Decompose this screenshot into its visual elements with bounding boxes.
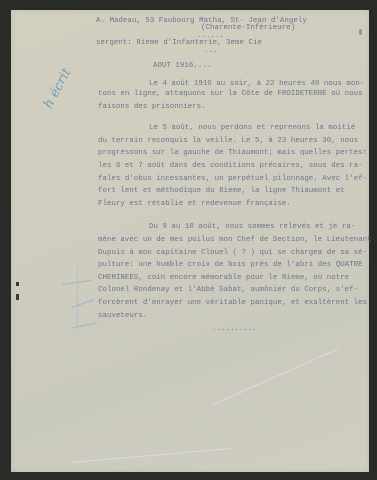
paragraph-line: du terrain reconquis la veille. Le 5, à … xyxy=(98,138,358,145)
paragraph-line: Colonel Rondenay et l'Abbé Sabat, aumôni… xyxy=(98,287,358,294)
paragraph-line: les 6 et 7 août dans des conditions préc… xyxy=(98,163,363,170)
paragraph-line: fales d'obus incessantes, un perpétuel p… xyxy=(98,176,367,183)
paper-crease xyxy=(71,448,230,463)
date-heading: AOUT 1916.... xyxy=(153,63,211,70)
end-separator: .......... xyxy=(212,326,257,333)
paragraph-line: Du 9 au 10 août, nous sommes relevés et … xyxy=(149,224,355,231)
header-rank-line: sergent: 8ieme d'Infanterie, 3eme Cie xyxy=(96,40,262,47)
paragraph-line: Dupuis à mon capitaine Clouel ( ? ) qui … xyxy=(98,250,367,257)
document-page: A. Madeau, 53 Faubourg Matha, St- Jean d… xyxy=(11,10,369,472)
paragraph-line: pulture: une humble croix de bois près d… xyxy=(98,262,363,269)
paragraph-line: forcèrent d'enrayer une véritable paniqu… xyxy=(98,300,367,307)
paragraph-line: tons en ligne, attaquons sur la Côte de … xyxy=(98,91,363,98)
pencil-stroke xyxy=(71,322,97,329)
paragraph-line: faisons des prisonniers. xyxy=(98,104,206,111)
paragraph-line: fort lent et méthodique du 8ieme, la lig… xyxy=(98,188,345,195)
header-separator-2: ... xyxy=(204,48,217,55)
pencil-stroke xyxy=(72,299,95,308)
punch-mark xyxy=(16,294,19,300)
paragraph-line: mène avec un de mes poilus mon Chef de S… xyxy=(98,237,372,244)
paragraph-line: sauveteurs. xyxy=(98,313,147,320)
paragraph-line: Le 5 août, nous perdons et reprenons la … xyxy=(149,125,355,132)
paper-crease xyxy=(211,348,339,406)
paragraph-line: CHEMINEES, coin encore mémorable pour le… xyxy=(98,275,349,282)
paragraph-line: Fleury est rétablie et redevenue françai… xyxy=(98,201,291,208)
punch-mark xyxy=(16,282,19,286)
margin-handwritten-note: h écrit xyxy=(41,66,74,111)
paragraph-line: Le 4 août 1916 au soir, à 22 heures 40 n… xyxy=(149,81,364,88)
page-number-mark xyxy=(359,29,362,35)
pencil-vertical-mark xyxy=(77,265,78,330)
paragraph-line: progressons sur la gauche de Thiaumont; … xyxy=(98,150,367,157)
